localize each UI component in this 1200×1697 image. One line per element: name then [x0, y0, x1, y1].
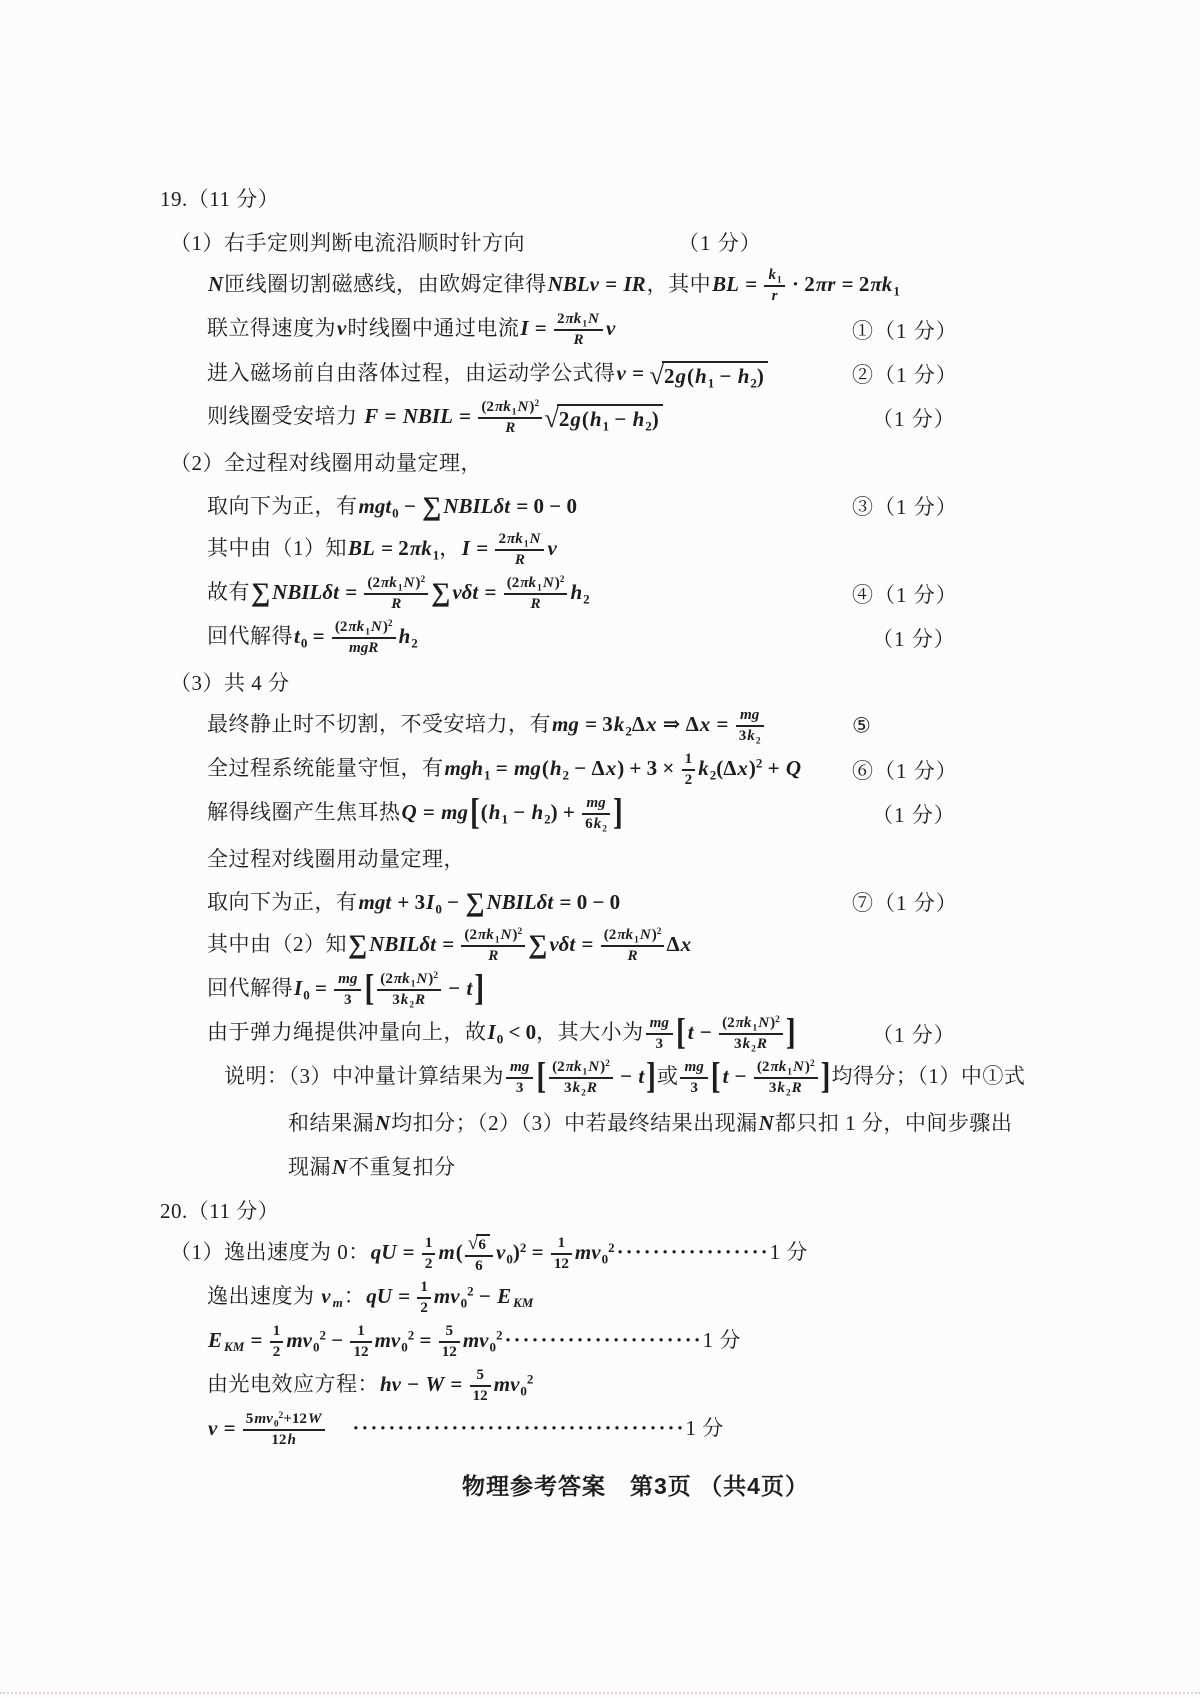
answer-line: 最终静止时不切割，不受安培力，有mg = 3k2Δx ⇒ Δx = mg3k2⑤ — [0, 704, 1200, 748]
score-label: （1 分） — [872, 403, 956, 433]
scan-edge-artifact — [0, 1692, 1200, 1694]
answer-line: 由光电效应方程：hv − W = 512mv02 — [0, 1364, 1200, 1408]
score-label: ②（1 分） — [852, 359, 958, 389]
answer-line: 全过程对线圈用动量定理， — [0, 836, 1200, 880]
score-label: ③（1 分） — [852, 491, 958, 521]
answer-line: 20.（11 分） — [0, 1188, 1200, 1232]
answer-line: 和结果漏N均扣分；（2）（3）中若最终结果出现漏N都只扣 1 分，中间步骤出 — [0, 1100, 1200, 1144]
answer-line: 故有∑NBILδt = (2πk1N)2R∑vδt = (2πk1N)2Rh2④… — [0, 572, 1200, 616]
answer-line: 则线圈受安培力 F = NBIL = (2πk1N)2R√2g(h1 − h2)… — [0, 396, 1200, 440]
answer-line: 联立得速度为v时线圈中通过电流I = 2πk1NRv①（1 分） — [0, 308, 1200, 352]
score-label: ④（1 分） — [852, 579, 958, 609]
answer-line-content: v = 5mv02+12W12h ·······················… — [207, 1411, 724, 1449]
answer-line-content: 其中由（1）知BL = 2πk1，I = 2πk1NRv — [207, 531, 558, 569]
answer-line-content: （1）逸出速度为 0：qU = 12m(√66v0)2 = 112mv02···… — [170, 1233, 808, 1276]
answer-line-content: 取向下为正，有mgt0 − ∑NBILδt = 0 − 0 — [207, 490, 577, 522]
answer-line: （1）逸出速度为 0：qU = 12m(√66v0)2 = 112mv02···… — [0, 1232, 1200, 1276]
document-page: 19.（11 分）（1）右手定则判断电流沿顺时针方向（1 分）N匝线圈切割磁感线… — [0, 0, 1200, 1697]
answer-line-content: 由光电效应方程：hv − W = 512mv02 — [207, 1367, 533, 1405]
answer-line: 说明：（3）中冲量计算结果为mg3[(2πk1N)23k2R − t]或mg3[… — [0, 1056, 1200, 1100]
answer-line: 解得线圈产生焦耳热Q = mg[(h1 − h2) + mg6k2]（1 分） — [0, 792, 1200, 836]
answer-line: 回代解得t0 = (2πk1N)2mgRh2（1 分） — [0, 616, 1200, 660]
answer-line-content: 全过程系统能量守恒，有mgh1 = mg(h2 − Δx) + 3 × 12k2… — [207, 751, 802, 789]
answer-line-content: 20.（11 分） — [160, 1195, 279, 1225]
answer-line-content: 说明：（3）中冲量计算结果为mg3[(2πk1N)23k2R − t]或mg3[… — [224, 1059, 1025, 1097]
answer-line: 逸出速度为 vm：qU = 12mv02 − EKM — [0, 1276, 1200, 1320]
answer-line: 现漏N不重复扣分 — [0, 1144, 1200, 1188]
answer-line-content: （3）共 4 分 — [170, 667, 290, 697]
answer-line-content: 其中由（2）知∑NBILδt = (2πk1N)2R∑vδt = (2πk1N)… — [207, 927, 692, 965]
answer-line-content: 全过程对线圈用动量定理， — [207, 843, 465, 873]
answer-line-content: 回代解得t0 = (2πk1N)2mgRh2 — [207, 619, 418, 657]
answer-line: 由于弹力绳提供冲量向上，故I0 < 0，其大小为mg3[t − (2πk1N)2… — [0, 1012, 1200, 1056]
page-footer: 物理参考答案 第3页 （共4页） — [462, 1468, 809, 1501]
answer-line-content: 和结果漏N均扣分；（2）（3）中若最终结果出现漏N都只扣 1 分，中间步骤出 — [288, 1107, 1012, 1137]
score-label: ①（1 分） — [852, 315, 958, 345]
answer-line: （3）共 4 分 — [0, 660, 1200, 704]
answer-line-content: 19.（11 分） — [160, 183, 279, 213]
answer-line: 回代解得I0 = mg3[(2πk1N)23k2R − t] — [0, 968, 1200, 1012]
answer-line-content: 回代解得I0 = mg3[(2πk1N)23k2R − t] — [207, 971, 485, 1009]
answer-line-content: N匝线圈切割磁感线，由欧姆定律得NBLv = IR，其中BL = k1r · 2… — [207, 267, 900, 305]
score-label: ⑥（1 分） — [852, 755, 958, 785]
score-label: ⑦（1 分） — [852, 887, 958, 917]
answer-line: 19.（11 分） — [0, 176, 1200, 220]
score-label: ⑤ — [852, 714, 872, 739]
answer-line-content: 由于弹力绳提供冲量向上，故I0 < 0，其大小为mg3[t − (2πk1N)2… — [207, 1015, 797, 1053]
answer-line: （2）全过程对线圈用动量定理， — [0, 440, 1200, 484]
answer-line-content: EKM = 12mv02 − 112mv02 = 512mv02········… — [207, 1323, 741, 1361]
score-label: （1 分） — [678, 227, 762, 257]
answer-line: N匝线圈切割磁感线，由欧姆定律得NBLv = IR，其中BL = k1r · 2… — [0, 264, 1200, 308]
answer-line-content: 则线圈受安培力 F = NBIL = (2πk1N)2R√2g(h1 − h2) — [207, 399, 663, 437]
answer-line: 其中由（2）知∑NBILδt = (2πk1N)2R∑vδt = (2πk1N)… — [0, 924, 1200, 968]
answer-line-content: 故有∑NBILδt = (2πk1N)2R∑vδt = (2πk1N)2Rh2 — [207, 575, 590, 613]
score-label: （1 分） — [872, 623, 956, 653]
answer-line-content: 最终静止时不切割，不受安培力，有mg = 3k2Δx ⇒ Δx = mg3k2 — [207, 707, 766, 745]
answer-line: 进入磁场前自由落体过程，由运动学公式得v = √2g(h1 − h2)②（1 分… — [0, 352, 1200, 396]
answer-line: 其中由（1）知BL = 2πk1，I = 2πk1NRv — [0, 528, 1200, 572]
answer-line-content: 联立得速度为v时线圈中通过电流I = 2πk1NRv — [207, 311, 616, 349]
answer-line: v = 5mv02+12W12h ·······················… — [0, 1408, 1200, 1452]
answer-line-content: （2）全过程对线圈用动量定理， — [170, 447, 482, 477]
answer-line: EKM = 12mv02 − 112mv02 = 512mv02········… — [0, 1320, 1200, 1364]
answer-line-content: 现漏N不重复扣分 — [288, 1151, 456, 1181]
answer-line-content: 进入磁场前自由落体过程，由运动学公式得v = √2g(h1 − h2) — [207, 357, 768, 391]
answer-line-content: 逸出速度为 vm：qU = 12mv02 − EKM — [207, 1279, 534, 1317]
answer-line-content: 取向下为正，有mgt + 3I0 − ∑NBILδt = 0 − 0 — [207, 886, 620, 918]
score-label: （1 分） — [872, 1019, 956, 1049]
answer-line: 取向下为正，有mgt0 − ∑NBILδt = 0 − 0③（1 分） — [0, 484, 1200, 528]
answer-line: 取向下为正，有mgt + 3I0 − ∑NBILδt = 0 − 0⑦（1 分） — [0, 880, 1200, 924]
answer-line-content: （1）右手定则判断电流沿顺时针方向 — [170, 227, 525, 257]
answer-line: 全过程系统能量守恒，有mgh1 = mg(h2 − Δx) + 3 × 12k2… — [0, 748, 1200, 792]
footer-text: 物理参考答案 第3页 （共4页） — [462, 1473, 809, 1499]
score-label: （1 分） — [872, 799, 956, 829]
answer-line: （1）右手定则判断电流沿顺时针方向（1 分） — [0, 220, 1200, 264]
answer-content: 19.（11 分）（1）右手定则判断电流沿顺时针方向（1 分）N匝线圈切割磁感线… — [0, 176, 1200, 1452]
answer-line-content: 解得线圈产生焦耳热Q = mg[(h1 − h2) + mg6k2] — [207, 795, 624, 833]
